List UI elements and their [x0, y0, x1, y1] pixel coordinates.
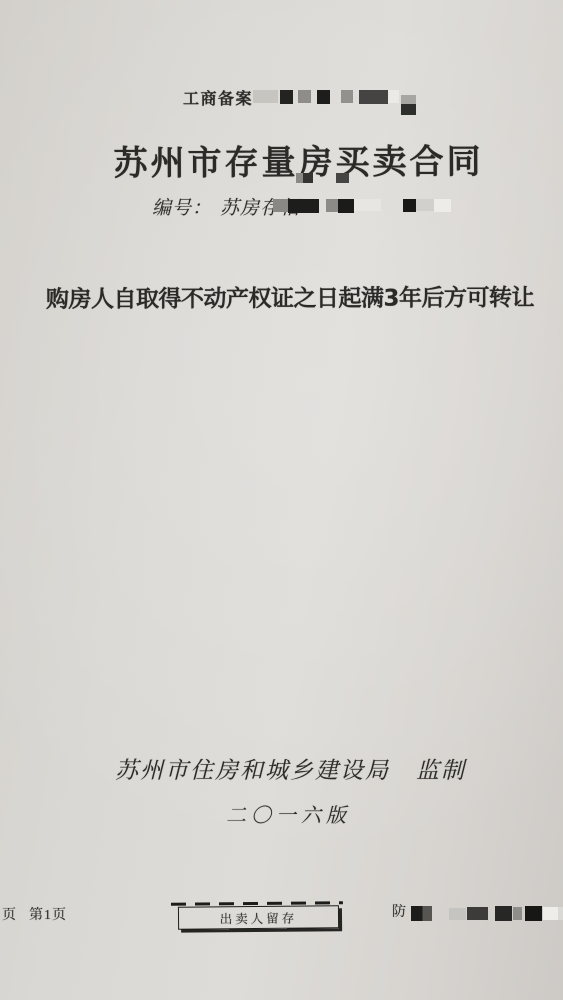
redaction-block	[354, 199, 381, 211]
page-number-indicator: 页第1页	[2, 904, 67, 924]
redaction-block	[416, 199, 434, 211]
table-surface-below-paper	[0, 978, 563, 1000]
redaction-block	[298, 90, 311, 103]
redaction-block	[403, 199, 416, 212]
redaction-block	[401, 95, 416, 115]
title-redaction-fragments	[296, 173, 349, 183]
issuer-role: 监制	[416, 758, 466, 783]
contract-title: 苏州市存量房买卖合同	[0, 134, 563, 186]
anti-counterfeit-label: 防	[392, 901, 406, 921]
redaction-block	[280, 90, 293, 104]
seller-copy-retention-box: 出卖人留存	[178, 900, 339, 929]
redaction-block	[558, 907, 563, 920]
redaction-block	[543, 907, 558, 920]
serial-number-redaction	[273, 199, 451, 213]
redaction-block	[326, 199, 338, 212]
redaction-block	[336, 173, 349, 183]
page-word: 页	[2, 908, 17, 923]
redaction-block	[513, 907, 522, 920]
redaction-block	[525, 906, 542, 921]
page-number: 第1页	[29, 908, 67, 923]
redaction-block	[253, 90, 278, 103]
edition-label: 二〇一六版	[0, 799, 563, 828]
contract-cover-photo: 工商备案 苏州市存量房买卖合同 编号：苏房存相 购房人自取得不动产权证之日起满3…	[0, 0, 563, 1000]
business-record-label: 工商备案	[183, 86, 253, 109]
copy-box-label: 出卖人留存	[220, 908, 298, 927]
redaction-block	[434, 199, 451, 212]
redaction-block	[495, 906, 512, 921]
copy-box-border: 出卖人留存	[178, 905, 339, 929]
issuer-line: 苏州市住房和城乡建设局监制	[0, 752, 563, 785]
redaction-block	[411, 906, 432, 921]
serial-label: 编号：	[152, 198, 212, 219]
redaction-block	[317, 90, 330, 104]
redaction-block	[359, 90, 388, 104]
redaction-block	[273, 199, 288, 212]
redaction-block	[288, 199, 319, 213]
transfer-restriction-notice: 购房人自取得不动产权证之日起满3年后方可转让	[46, 279, 526, 314]
redaction-block	[296, 173, 313, 183]
redaction-block	[449, 908, 466, 920]
issuer-name: 苏州市住房和城乡建设局	[115, 758, 390, 783]
anti-counterfeit-redaction	[411, 906, 563, 921]
redaction-block	[467, 907, 488, 920]
business-record-redaction	[253, 90, 416, 115]
redaction-block	[338, 199, 354, 213]
redaction-block	[341, 90, 353, 103]
redaction-block	[388, 90, 399, 103]
